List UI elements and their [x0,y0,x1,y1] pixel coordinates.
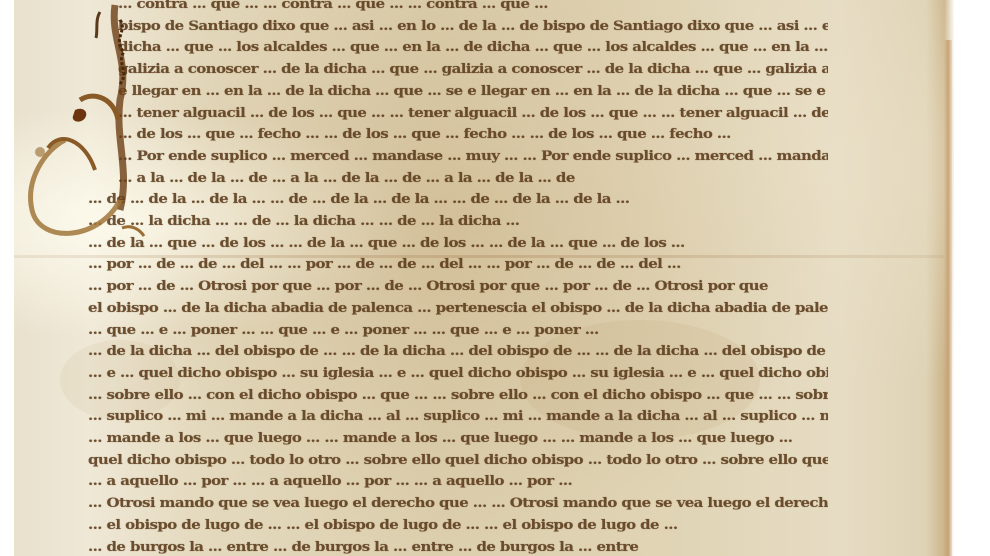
manuscript-line: ... de la ... que ... de los ... ... de … [88,235,828,250]
manuscript-line: ... tener alguacil ... de los ... que ..… [118,105,828,120]
manuscript-line: ... que ... e ... poner ... ... que ... … [88,322,828,337]
manuscript-line: ... de burgos la ... entre ... de burgos… [88,539,828,554]
manuscript-line: e llegar en ... en la ... de la dicha ..… [118,83,828,98]
parchment-edge-stain [944,40,952,556]
manuscript-text-block: ... contra ... que ... ... contra ... qu… [88,0,836,556]
decorated-initial-letter [20,0,150,250]
manuscript-line: ... e ... quel dicho obispo ... su igles… [88,365,828,380]
manuscript-line: galizia a conoscer ... de la dicha ... q… [118,61,828,76]
manuscript-line: bispo de Santiago dixo que ... asi ... e… [118,18,828,33]
manuscript-line: ... sobre ello ... con el dicho obispo .… [88,387,828,402]
manuscript-line: ... de ... la dicha ... ... de ... la di… [88,213,828,228]
manuscript-line: ... contra ... que ... ... contra ... qu… [118,0,828,11]
manuscript-line: ... de los ... que ... fecho ... ... de … [118,126,828,141]
manuscript-line: quel dicho obispo ... todo lo otro ... s… [88,452,828,467]
manuscript-line: ... Otrosi mando que se vea luego el der… [88,495,828,510]
manuscript-line: ... a la ... de la ... de ... a la ... d… [118,170,828,185]
manuscript-line: el obispo ... de la dicha abadia de pale… [88,300,828,315]
manuscript-line: ... a aquello ... por ... ... a aquello … [88,473,828,488]
manuscript-line: ... mande a los ... que luego ... ... ma… [88,430,828,445]
manuscript-line: dicha ... que ... los alcaldes ... que .… [118,39,828,54]
manuscript-line: ... por ... de ... Otrosi por que ... po… [88,278,828,293]
manuscript-line: ... por ... de ... de ... del ... ... po… [88,256,828,271]
manuscript-line: ... de la dicha ... del obispo de ... ..… [88,343,828,358]
manuscript-line: ... el obispo de lugo de ... ... el obis… [88,517,828,532]
manuscript-line: ... Por ende suplico ... merced ... mand… [118,148,828,163]
manuscript-line: ... suplico ... mi ... mande a la dicha … [88,408,828,423]
manuscript-line: ... de ... de la ... de la ... ... de ..… [88,191,828,206]
